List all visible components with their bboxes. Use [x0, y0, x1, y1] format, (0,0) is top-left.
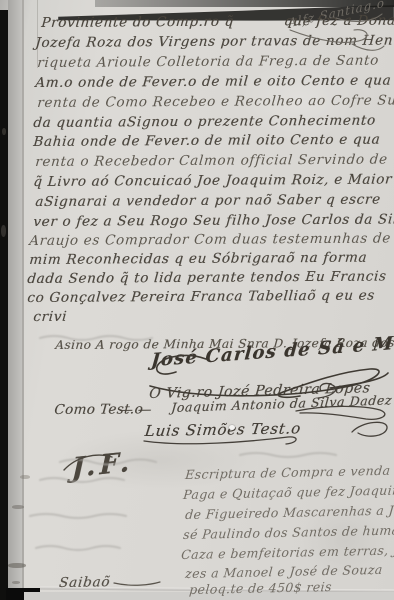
margin-smudge	[12, 581, 20, 584]
manuscript-line: mim Reconhecidas q eu Sóbrigaraõ na form…	[29, 249, 368, 269]
manuscript-line: da quantia aSignou o prezente Conhecimen…	[33, 112, 377, 132]
witness-dashes: — —	[119, 401, 153, 419]
margin-smudge	[20, 475, 30, 479]
manuscript-line: co Gonçalvez Pereira Franca Tabelliaõ q …	[27, 287, 376, 307]
manuscript-line: renta o Recebedor Calmon official Servin…	[35, 151, 389, 171]
manuscript-line: Araujo es Comprador Com duas testemunhas…	[29, 229, 392, 250]
abstract-line: peloq.te de 450$ reis	[188, 578, 332, 599]
manuscript-line: aSignarai a vendedor a por naõ Saber q e…	[35, 191, 382, 211]
binding-crease	[22, 0, 24, 600]
notary-initials: J.F.	[71, 454, 133, 479]
margin-smudge	[8, 563, 26, 568]
paper-hole	[229, 425, 235, 430]
manuscript-line: renta de Como Recebeo e Recolheo ao Cofr…	[37, 91, 394, 112]
manuscript-line: ver o fez a Seu Rogo Seu filho Jose Carl…	[33, 210, 394, 231]
manuscript-line: crivi	[33, 308, 68, 326]
manuscript-line: Bahia onde de Fever.o de mil oito Cento …	[33, 131, 382, 151]
margin-smudge	[12, 505, 24, 509]
signature-witness-luis: Luis Simões Test.o	[144, 419, 302, 440]
manuscript-line: Proviniente do Comp.ro q̃ que fez a Dona	[41, 12, 394, 32]
manuscript-line: dada Sendo q̃ to lida perante tendos Eu …	[27, 267, 388, 288]
manuscript-line: q̃ Livro aó Concuicaó Joe Joaquim Roiz, …	[33, 170, 393, 191]
margin-smudge	[1, 225, 6, 237]
saibao-catchword: Saibaõ	[58, 573, 111, 592]
manuscript-line: Am.o onde de Fever.o de mil e oito Cento…	[35, 72, 392, 92]
manuscript-line: Jozefa Roza dos Virgens por travas de no…	[35, 32, 394, 52]
margin-smudge	[2, 128, 6, 135]
manuscript-line: riqueta Arioule Colletoria da Freg.a de …	[37, 52, 380, 72]
manuscript-scan: Alfz Santiag.o Proviniente do Comp.ro q̃…	[0, 0, 394, 600]
scan-edge-left	[0, 10, 8, 600]
